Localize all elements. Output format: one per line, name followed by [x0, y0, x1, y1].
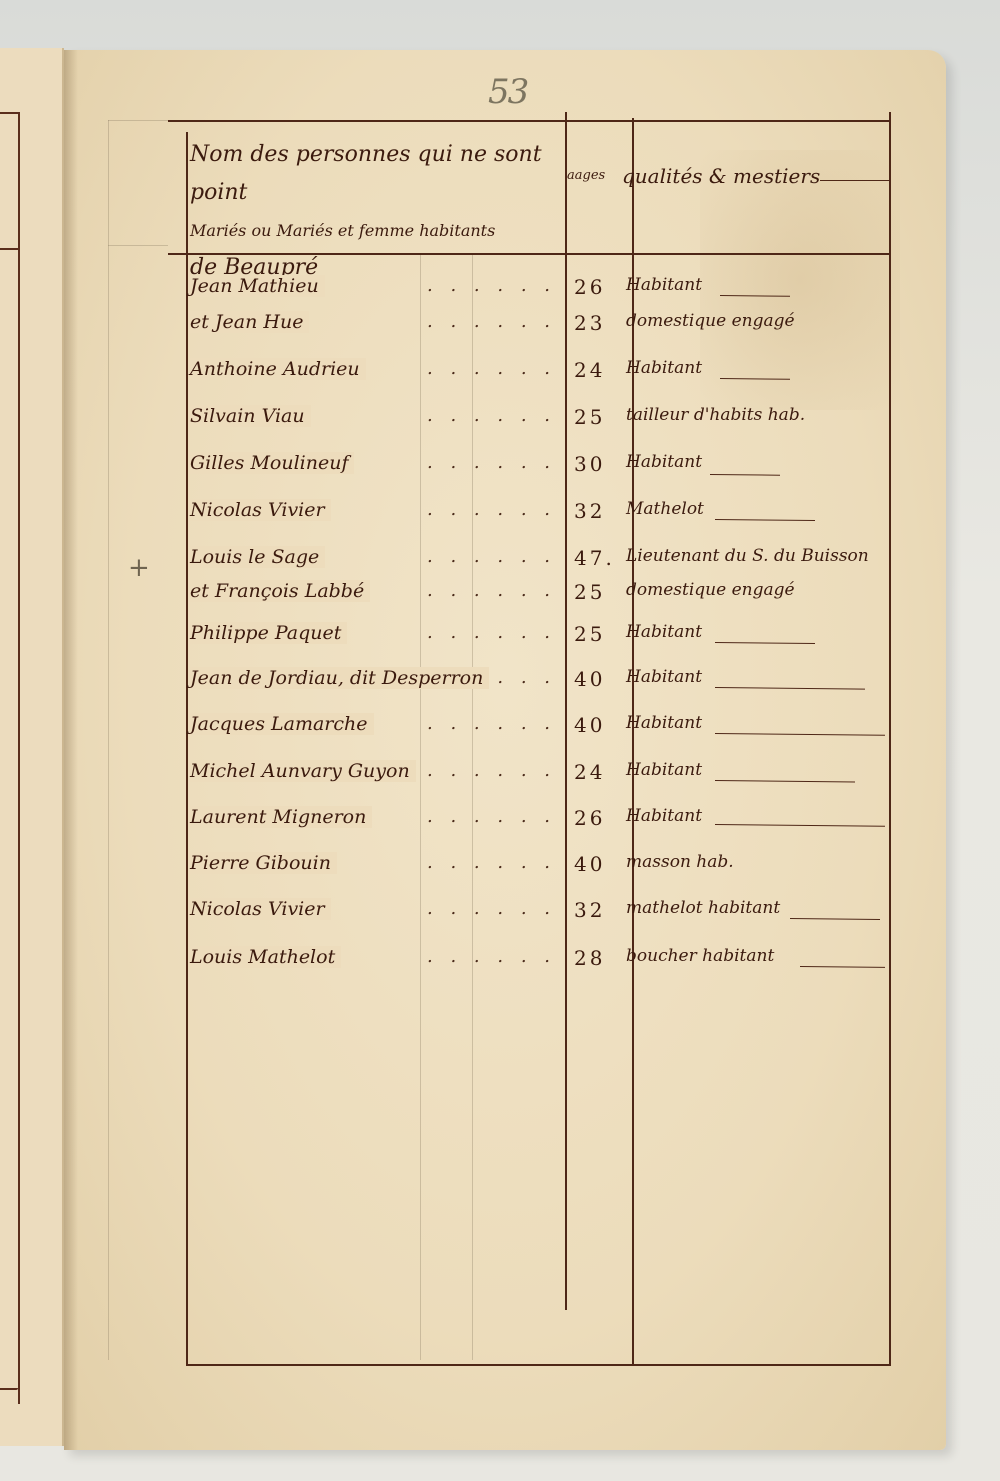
person-age: 40	[574, 667, 628, 691]
person-age: 32	[574, 898, 628, 922]
table-row: . . . . . . Silvain Viau 25 tailleur d'h…	[0, 405, 1000, 451]
person-quality: domestique engagé	[626, 580, 795, 600]
person-age: 47.	[574, 546, 628, 570]
person-age: 30	[574, 452, 628, 476]
person-name: Jean de Jordiau, dit Desperron	[190, 667, 489, 689]
person-name: Nicolas Vivier	[190, 499, 331, 521]
filler-line	[715, 824, 885, 827]
person-age: 26	[574, 806, 628, 830]
quality-column-header: qualités & mestiers	[622, 164, 820, 188]
person-name: Louis le Sage	[190, 546, 325, 568]
person-name: Jacques Lamarche	[190, 713, 374, 735]
header-line-1: Nom des personnes qui ne sont point	[190, 142, 542, 205]
filler-line	[715, 519, 815, 521]
person-age: 24	[574, 358, 628, 382]
filler-line	[790, 918, 880, 920]
person-name: Nicolas Vivier	[190, 898, 331, 920]
person-quality: Habitant	[626, 275, 702, 295]
person-age: 25	[574, 580, 628, 604]
filler-line	[720, 295, 790, 297]
person-age: 25	[574, 622, 628, 646]
left-page-rule	[0, 112, 20, 114]
person-name: Anthoine Audrieu	[190, 358, 366, 380]
pencil-margin-line	[108, 120, 168, 121]
person-quality: Habitant	[626, 713, 702, 733]
person-age: 40	[574, 713, 628, 737]
table-row: . . . . . . Gilles Moulineuf 30 Habitant	[0, 452, 1000, 498]
left-page-rule	[0, 248, 20, 250]
table-row: . . . . . . Laurent Migneron 26 Habitant	[0, 806, 1000, 852]
table-row: . . . . . . et Jean Hue 23 domestique en…	[0, 311, 1000, 357]
table-row: . . . . . . Philippe Paquet 25 Habitant	[0, 622, 1000, 668]
person-name: Jean Mathieu	[190, 275, 325, 297]
person-age: 23	[574, 311, 628, 335]
person-name: Louis Mathelot	[190, 946, 341, 968]
person-quality: Habitant	[626, 760, 702, 780]
table-row: . . . . . . Pierre Gibouin 40 masson hab…	[0, 852, 1000, 898]
person-quality: Habitant	[626, 622, 702, 642]
age-column-header: aages	[567, 168, 605, 183]
table-top-rule	[168, 120, 890, 122]
table-row: . . . . . . Anthoine Audrieu 24 Habitant	[0, 358, 1000, 404]
table-row: . . . . . . Jacques Lamarche 40 Habitant	[0, 713, 1000, 759]
filler-line	[715, 780, 855, 782]
person-age: 25	[574, 405, 628, 429]
page-number: 53	[488, 72, 527, 112]
filler-line	[720, 378, 790, 380]
table-row: . . . . . . Nicolas Vivier 32 mathelot h…	[0, 898, 1000, 944]
person-quality: Habitant	[626, 452, 702, 472]
header-line-2: Mariés ou Mariés et femme habitants	[190, 221, 495, 240]
person-age: 32	[574, 499, 628, 523]
pencil-margin-line	[108, 245, 168, 246]
person-quality: mathelot habitant	[626, 898, 780, 918]
person-age: 40	[574, 852, 628, 876]
person-name: Silvain Viau	[190, 405, 311, 427]
person-name: Philippe Paquet	[190, 622, 347, 644]
person-quality: Habitant	[626, 358, 702, 378]
person-name: et Jean Hue	[190, 311, 309, 333]
person-name: Michel Aunvary Guyon	[190, 760, 416, 782]
left-page-rule	[0, 1388, 18, 1390]
table-row: . . . . . . Jean de Jordiau, dit Desperr…	[0, 667, 1000, 713]
person-age: 26	[574, 275, 628, 299]
filler-line	[715, 642, 815, 644]
person-name: Pierre Gibouin	[190, 852, 337, 874]
person-name: Laurent Migneron	[190, 806, 372, 828]
person-quality: tailleur d'habits hab.	[626, 405, 805, 425]
person-age: 28	[574, 946, 628, 970]
filler-line	[710, 474, 780, 476]
table-row: . . . . . . Michel Aunvary Guyon 24 Habi…	[0, 760, 1000, 806]
person-name: Gilles Moulineuf	[190, 452, 354, 474]
table-row: . . . . . . Louis Mathelot 28 boucher ha…	[0, 946, 1000, 992]
person-quality: Habitant	[626, 806, 702, 826]
person-quality: Lieutenant du S. du Buisson	[626, 546, 869, 566]
table-bottom-rule	[186, 1364, 891, 1366]
person-quality: domestique engagé	[626, 311, 795, 331]
person-name: et François Labbé	[190, 580, 370, 602]
table-row: . . . . . . et François Labbé 25 domesti…	[0, 580, 1000, 626]
table-row: . . . . . . Nicolas Vivier 32 Mathelot	[0, 499, 1000, 545]
header-flourish-line	[820, 180, 890, 181]
filler-line	[715, 733, 885, 736]
person-quality: Mathelot	[626, 499, 704, 519]
name-column-header: Nom des personnes qui ne sont point Mari…	[190, 136, 562, 287]
person-quality: Habitant	[626, 667, 702, 687]
person-quality: masson hab.	[626, 852, 734, 872]
person-age: 24	[574, 760, 628, 784]
filler-line	[800, 966, 885, 968]
person-quality: boucher habitant	[626, 946, 774, 966]
filler-line	[715, 687, 865, 690]
